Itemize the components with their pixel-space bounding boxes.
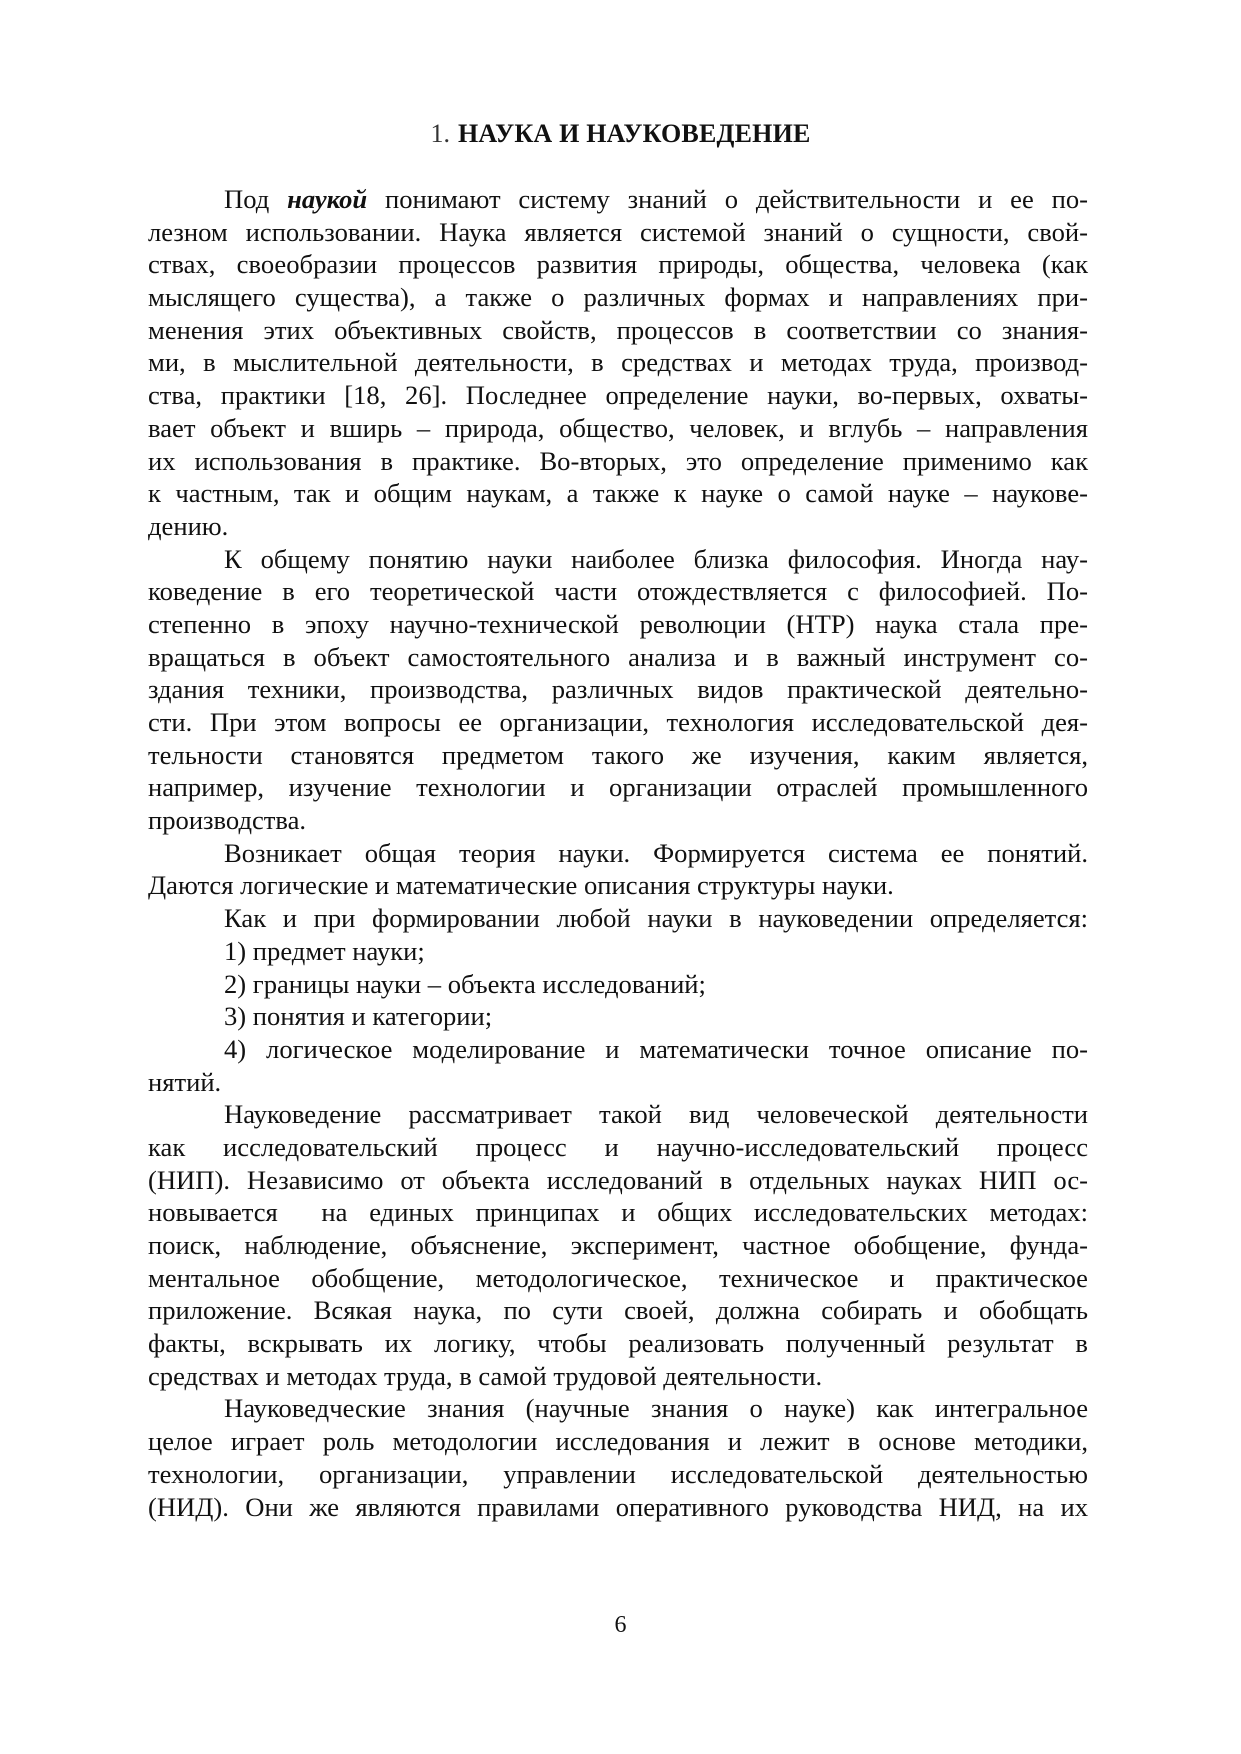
text-line: ства, практики [18, 26]. Последнее опред… [148,379,1088,412]
text-run: здания техники, производства, различных … [148,674,1088,704]
text-line: ми, в мыслительной деятельности, в средс… [148,346,1088,379]
text-run: факты, вскрывать их логику, чтобы реализ… [148,1328,1088,1358]
text-line: вает объект и вширь – природа, общество,… [148,412,1088,445]
text-run: как исследовательский процесс и научно-и… [148,1132,1088,1162]
text-run: их использования в практике. Во-вторых, … [148,446,1088,476]
text-line: их использования в практике. Во-вторых, … [148,445,1088,478]
text-line: К общему понятию науки наиболее близка ф… [148,543,1088,576]
text-run: ствах, своеобразии процессов развития пр… [148,249,1088,279]
text-line: например, изучение технологии и организа… [148,771,1088,804]
section-heading: 1.НАУКА И НАУКОВЕДЕНИЕ [0,119,1241,149]
text-run: (НИП). Независимо от объекта исследовани… [148,1165,1088,1195]
paragraph: Как и при формировании любой науки в нау… [148,902,1088,935]
text-run: менения этих объективных свойств, процес… [148,315,1088,345]
emphasized-term: наукой [287,184,367,214]
text-line: 4) логическое моделирование и математиче… [148,1033,1088,1066]
text-run: приложение. Всякая наука, по сути своей,… [148,1295,1088,1325]
text-line: как исследовательский процесс и научно-и… [148,1131,1088,1164]
text-run: Возникает общая теория науки. Формируетс… [224,838,1088,868]
paragraph: 3) понятия и категории; [148,1000,1088,1033]
text-line: сти. При этом вопросы ее организации, те… [148,706,1088,739]
text-line: к частным, так и общим наукам, а также к… [148,477,1088,510]
text-run: мыслящего существа), а также о различных… [148,282,1088,312]
text-run: 4) логическое моделирование и математиче… [224,1034,1088,1064]
text-run: вает объект и вширь – природа, общество,… [148,413,1088,443]
text-run: средствах и методах труда, в самой трудо… [148,1361,822,1391]
text-line: дению. [148,510,1088,543]
text-line: здания техники, производства, различных … [148,673,1088,706]
text-line: тельности становятся предметом такого же… [148,739,1088,772]
text-run: коведение в его теоретической части отож… [148,576,1088,606]
text-line: 2) границы науки – объекта исследований; [148,968,1088,1001]
text-line: средствах и методах труда, в самой трудо… [148,1360,1088,1393]
text-run: вращаться в объект самостоятельного анал… [148,642,1088,672]
text-line: приложение. Всякая наука, по сути своей,… [148,1294,1088,1327]
text-run: ментальное обобщение, методологическое, … [148,1263,1088,1293]
text-line: мыслящего существа), а также о различных… [148,281,1088,314]
text-run: Как и при формировании любой науки в нау… [224,903,1088,933]
text-line: ментальное обобщение, методологическое, … [148,1262,1088,1295]
text-run: технологии, организации, управлении иссл… [148,1459,1088,1489]
text-run: нятий. [148,1067,221,1097]
text-run: производства. [148,805,306,835]
section-number: 1. [430,119,450,148]
text-line: Как и при формировании любой науки в нау… [148,902,1088,935]
text-line: технологии, организации, управлении иссл… [148,1458,1088,1491]
text-run: 3) понятия и категории; [224,1001,492,1031]
text-line: поиск, наблюдение, объяснение, экспериме… [148,1229,1088,1262]
text-line: ствах, своеобразии процессов развития пр… [148,248,1088,281]
text-run: целое играет роль методологии исследован… [148,1426,1088,1456]
text-run: сти. При этом вопросы ее организации, те… [148,707,1088,737]
text-run: дению. [148,511,228,541]
text-line: лезном использовании. Наука является сис… [148,216,1088,249]
text-line: степенно в эпоху научно-технической рево… [148,608,1088,641]
paragraph: Науковедческие знания (научные знания о … [148,1392,1088,1523]
text-run: ми, в мыслительной деятельности, в средс… [148,347,1088,377]
paragraph: 4) логическое моделирование и математиче… [148,1033,1088,1098]
text-line: (НИП). Независимо от объекта исследовани… [148,1164,1088,1197]
text-run: 1) предмет науки; [224,936,425,966]
text-line: Науковедческие знания (научные знания о … [148,1392,1088,1425]
text-run: Даются логические и математические описа… [148,870,894,900]
text-line: вращаться в объект самостоятельного анал… [148,641,1088,674]
text-line: Возникает общая теория науки. Формируетс… [148,837,1088,870]
text-line: Под наукой понимают систему знаний о дей… [148,183,1088,216]
document-page: 1.НАУКА И НАУКОВЕДЕНИЕ Под наукой понима… [0,0,1241,1754]
paragraph: Науковедение рассматривает такой вид чел… [148,1098,1088,1392]
text-line: Даются логические и математические описа… [148,869,1088,902]
paragraph: 1) предмет науки; [148,935,1088,968]
page-number: 6 [0,1611,1241,1639]
text-line: новывается на единых принципах и общих и… [148,1196,1088,1229]
text-line: факты, вскрывать их логику, чтобы реализ… [148,1327,1088,1360]
text-run: Науковедческие знания (научные знания о … [224,1393,1088,1423]
text-line: Науковедение рассматривает такой вид чел… [148,1098,1088,1131]
text-line: целое играет роль методологии исследован… [148,1425,1088,1458]
paragraph: 2) границы науки – объекта исследований; [148,968,1088,1001]
text-run: новывается на единых принципах и общих и… [148,1197,1088,1227]
text-run: поиск, наблюдение, объяснение, экспериме… [148,1230,1088,1260]
text-line: коведение в его теоретической части отож… [148,575,1088,608]
paragraph: Под наукой понимают систему знаний о дей… [148,183,1088,543]
text-line: производства. [148,804,1088,837]
body-text: Под наукой понимают систему знаний о дей… [148,183,1088,1523]
text-run: степенно в эпоху научно-технической рево… [148,609,1088,639]
paragraph: Возникает общая теория науки. Формируетс… [148,837,1088,902]
text-run: 2) границы науки – объекта исследований; [224,969,706,999]
text-run: тельности становятся предметом такого же… [148,740,1088,770]
section-title: НАУКА И НАУКОВЕДЕНИЕ [458,119,811,148]
paragraph: К общему понятию науки наиболее близка ф… [148,543,1088,837]
text-run: Науковедение рассматривает такой вид чел… [224,1099,1088,1129]
text-run: понимают систему знаний о действительнос… [367,184,1088,214]
text-line: 3) понятия и категории; [148,1000,1088,1033]
text-run: к частным, так и общим наукам, а также к… [148,478,1088,508]
text-run: К общему понятию науки наиболее близка ф… [224,544,1088,574]
text-run: например, изучение технологии и организа… [148,772,1088,802]
text-line: менения этих объективных свойств, процес… [148,314,1088,347]
text-run: Под [224,184,287,214]
text-line: (НИД). Они же являются правилами операти… [148,1491,1088,1524]
text-run: ства, практики [18, 26]. Последнее опред… [148,380,1088,410]
text-run: лезном использовании. Наука является сис… [148,217,1088,247]
text-line: 1) предмет науки; [148,935,1088,968]
text-run: (НИД). Они же являются правилами операти… [148,1492,1088,1522]
text-line: нятий. [148,1066,1088,1099]
